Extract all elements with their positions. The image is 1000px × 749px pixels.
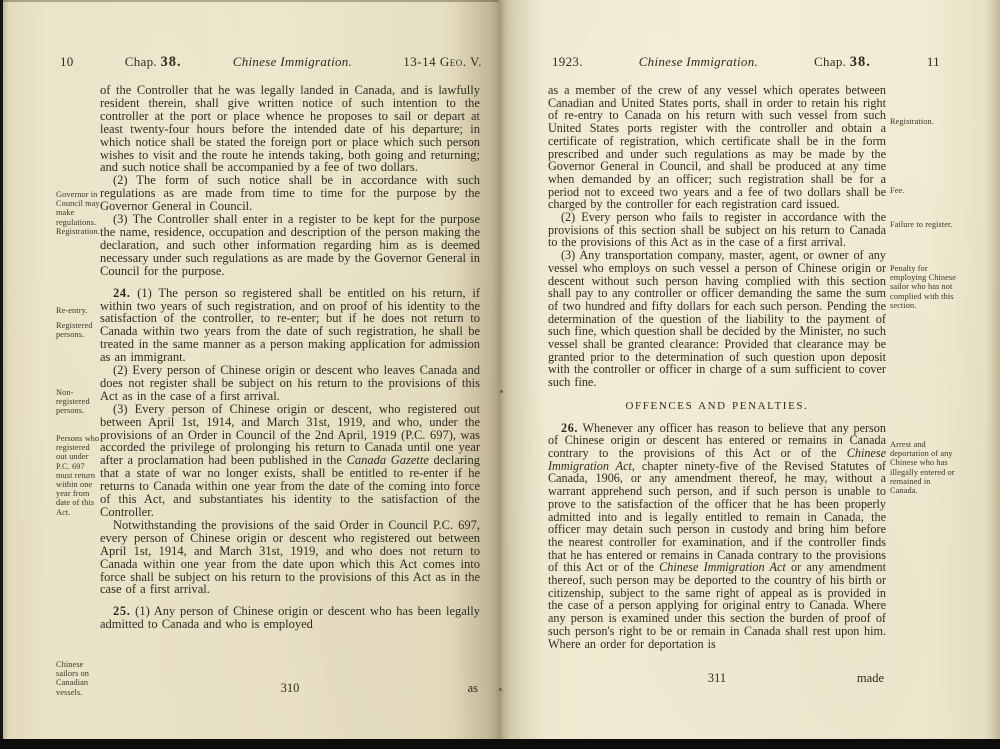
margin-note: Registration. xyxy=(56,227,102,236)
paragraph: as a member of the crew of any vessel wh… xyxy=(548,84,886,211)
catchword: made xyxy=(857,671,884,686)
margin-notes-left: Governor in Council may make regulations… xyxy=(56,0,102,739)
paragraph: 26. Whenever any officer has reason to b… xyxy=(548,422,886,651)
margin-note: Failure to register. xyxy=(890,220,956,229)
paragraph: of the Controller that he was legally la… xyxy=(100,84,480,174)
margin-note: Registered persons. xyxy=(56,321,102,339)
spine-crease xyxy=(499,190,500,735)
footer-left: 310 as xyxy=(100,681,480,696)
margin-notes-right: Registration.Fee.Failure to register.Pen… xyxy=(890,0,956,739)
folio-number: 311 xyxy=(548,671,886,686)
paragraph: Notwithstanding the provisions of the sa… xyxy=(100,519,480,596)
margin-note: Persons who registered out under P.C. 69… xyxy=(56,434,102,517)
paragraph: (3) The Controller shall enter in a regi… xyxy=(100,213,480,278)
paragraph: (3) Any transportation company, master, … xyxy=(548,249,886,389)
margin-note: Arrest and deportation of any Chinese wh… xyxy=(890,440,956,495)
chapter-label: Chap. 38. xyxy=(814,54,871,71)
margin-note: Registration. xyxy=(890,117,956,126)
margin-note: Governor in Council may make regulations… xyxy=(56,190,102,227)
regnal-year: 13-14 Geo. V. xyxy=(403,54,482,70)
margin-note: Penalty for employing Chinese sailor who… xyxy=(890,264,956,310)
year-label: 1923. xyxy=(552,54,583,70)
chapter-label: Chap. 38. xyxy=(125,54,182,71)
binding-stitch xyxy=(500,390,503,393)
margin-note: Re-entry. xyxy=(56,306,102,315)
paragraph: 24. (1) The person so registered shall b… xyxy=(100,287,480,364)
paragraph: (3) Every person of Chinese origin or de… xyxy=(100,403,480,519)
body-paragraphs-top: as a member of the crew of any vessel wh… xyxy=(548,84,886,389)
paragraph: (2) The form of such notice shall be in … xyxy=(100,174,480,213)
margin-note: Non-registered persons. xyxy=(56,388,102,416)
section-heading: OFFENCES AND PENALTIES. xyxy=(548,400,886,413)
footer-right: 311 made xyxy=(548,671,886,686)
running-title: Chinese Immigration. xyxy=(233,54,352,70)
folio-number: 310 xyxy=(100,681,480,696)
book-scan: 10 Chap. 38. Chinese Immigration. 13-14 … xyxy=(0,0,1000,749)
body-paragraphs-bottom: 26. Whenever any officer has reason to b… xyxy=(548,422,886,651)
running-title: Chinese Immigration. xyxy=(639,54,758,70)
catchword: as xyxy=(468,681,478,696)
scan-bottom-edge xyxy=(0,739,1000,749)
binding-stitch xyxy=(499,688,502,691)
body-text-right: as a member of the crew of any vessel wh… xyxy=(548,84,886,672)
scan-left-edge xyxy=(0,0,3,739)
paragraph: (2) Every person who fails to register i… xyxy=(548,211,886,249)
margin-note: Chinese sailors on Canadian vessels. xyxy=(56,660,102,697)
paragraph: 25. (1) Any person of Chinese origin or … xyxy=(100,605,480,631)
paragraph: (2) Every person of Chinese origin or de… xyxy=(100,364,480,403)
body-text-left: of the Controller that he was legally la… xyxy=(100,84,480,680)
running-head-left: 10 Chap. 38. Chinese Immigration. 13-14 … xyxy=(60,54,482,71)
margin-note: Fee. xyxy=(890,186,956,195)
running-head-right: 1923. Chinese Immigration. Chap. 38. 11 xyxy=(552,54,940,71)
